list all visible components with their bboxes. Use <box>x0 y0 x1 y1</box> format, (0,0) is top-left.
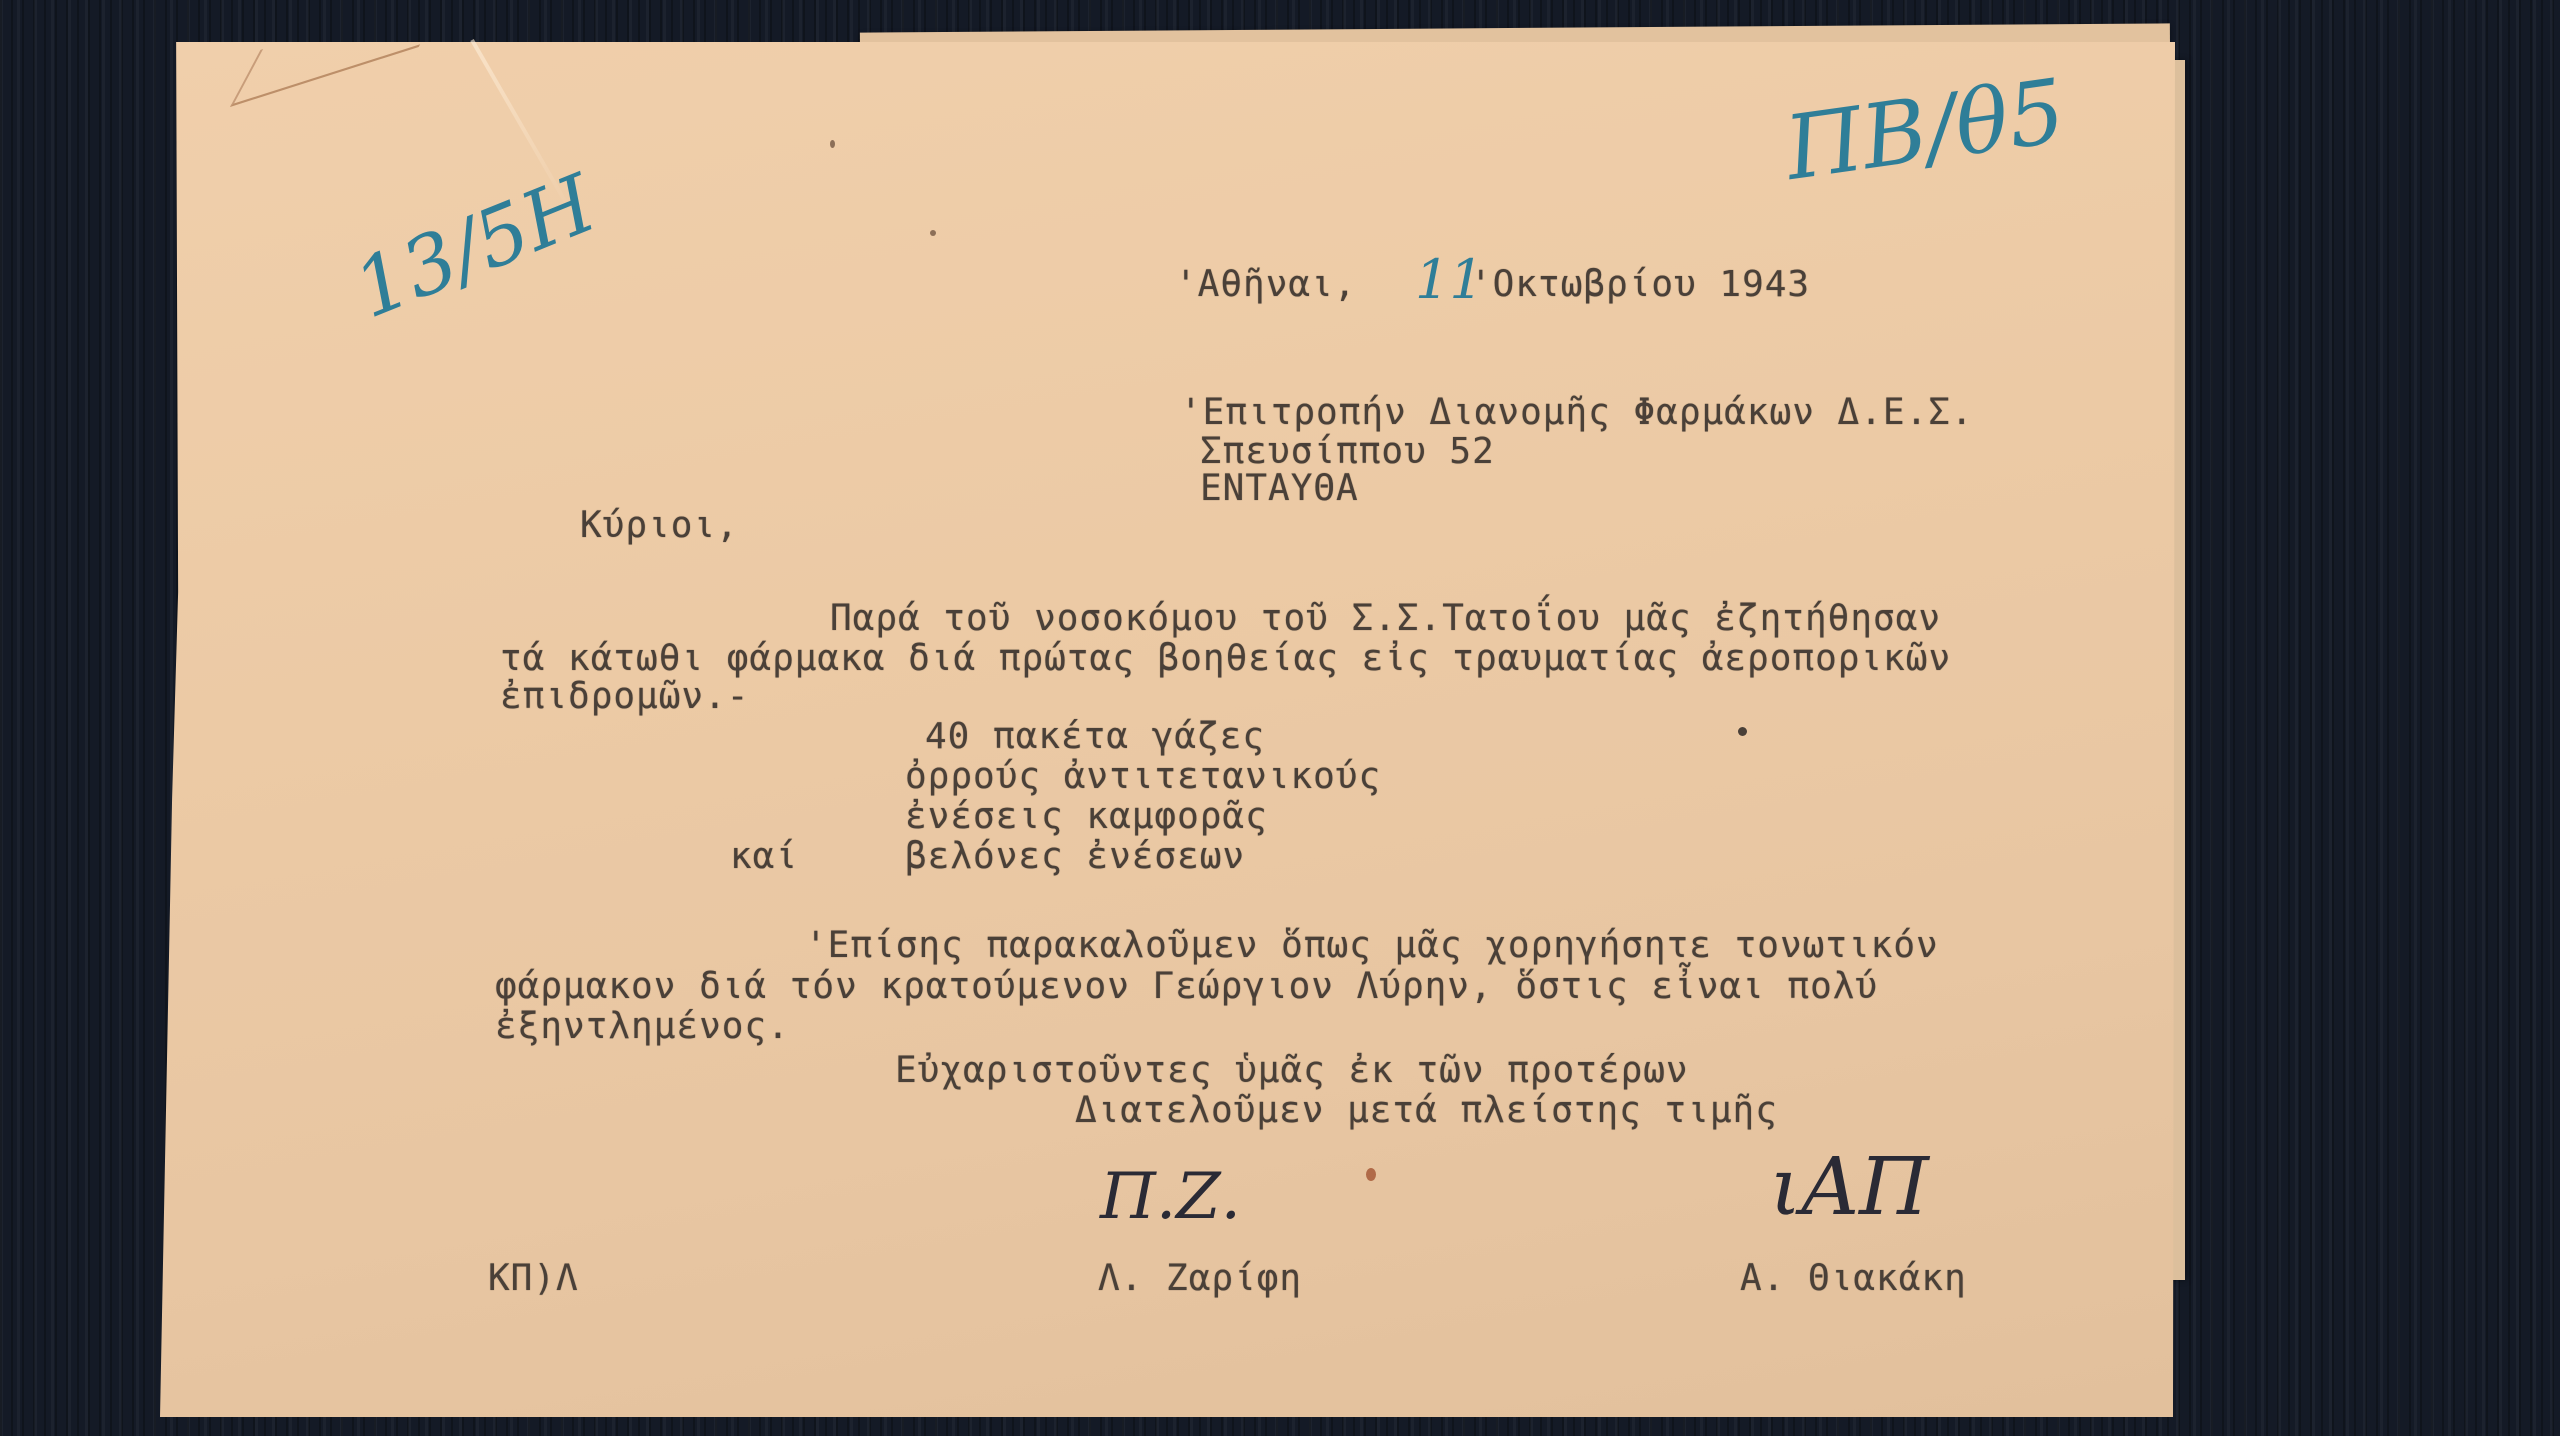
paper-stain <box>1366 1168 1376 1181</box>
paragraph-1-line-3: ἐπιδρομῶν.- <box>500 676 749 717</box>
salutation: Κύριοι, <box>580 505 739 546</box>
signatory-name-zarifi: Λ. Ζαρίφη <box>1098 1258 1302 1299</box>
paper-speck <box>1738 727 1747 736</box>
signature-zarifi: Π.Ζ. <box>1100 1160 1241 1234</box>
list-item-injection-needles: βελόνες ἐνέσεων <box>905 836 1245 877</box>
list-item-antitetanus-serum: ὀρρούς ἀντιτετανικούς <box>905 756 1381 797</box>
recipient-line-2: Σπευσίππου 52 <box>1200 431 1495 472</box>
dateline-month-year: 'Οκτωβρίου 1943 <box>1470 264 1810 305</box>
list-item-camphor-injections: ἐνέσεις καμφορᾶς <box>905 796 1268 837</box>
paper-speck <box>930 230 936 236</box>
signature-thiakaki: ιΑΠ <box>1770 1140 1929 1233</box>
typist-initials: ΚΠ)Λ <box>488 1258 579 1299</box>
recipient-line-3: ΕΝΤΑΥΘΑ <box>1200 468 1359 509</box>
paragraph-1-line-2: τά κάτωθι φάρμακα διά πρώτας βοηθείας εἰ… <box>500 638 1951 679</box>
signatory-name-thiakaki: Α. Θιακάκη <box>1740 1258 1967 1299</box>
paragraph-1-line-1: Παρά τοῦ νοσοκόμου τοῦ Σ.Σ.Τατοΐου μᾶς ἐ… <box>830 598 1941 639</box>
dateline-city: 'Αθῆναι, <box>1175 264 1356 305</box>
list-item-gauze: 40 πακέτα γάζες <box>925 716 1265 757</box>
closing-line-1: Εὐχαριστοῦντες ὑμᾶς ἐκ τῶν προτέρων <box>895 1050 1689 1091</box>
list-conjunction: καί <box>730 836 798 877</box>
paragraph-2-line-3: ἐξηντλημένος. <box>495 1006 790 1047</box>
paper-speck <box>830 140 835 148</box>
closing-line-2: Διατελοῦμεν μετά πλείστης τιμῆς <box>1075 1090 1778 1131</box>
recipient-line-1: 'Επιτροπήν Διανομῆς Φαρμάκων Δ.Ε.Σ. <box>1180 392 1974 433</box>
paragraph-2-line-2: φάρμακον διά τόν κρατούμενον Γεώργιον Λύ… <box>495 966 1878 1007</box>
paragraph-2-line-1: 'Επίσης παρακαλοῦμεν ὅπως μᾶς χορηγήσητε… <box>805 925 1939 966</box>
